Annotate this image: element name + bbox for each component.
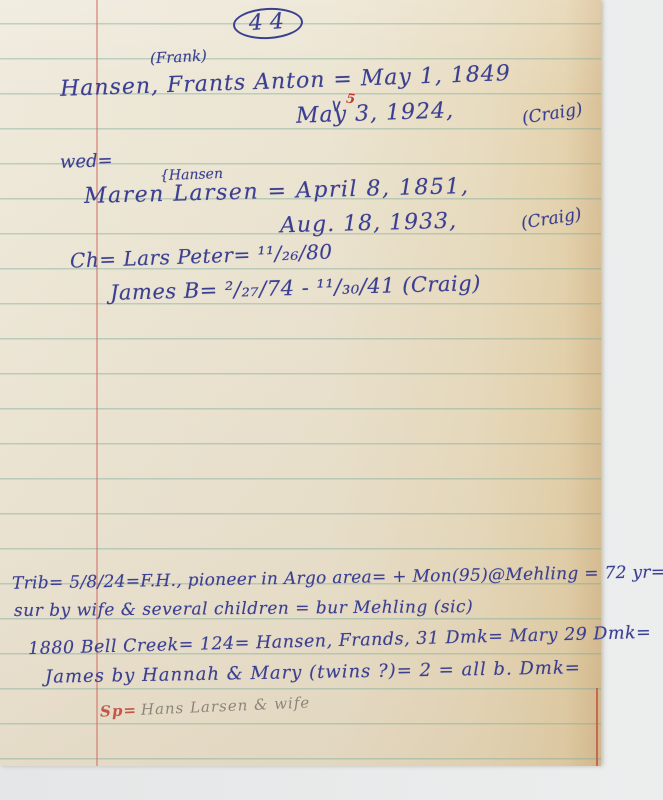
- wed-label: wed=: [60, 152, 113, 173]
- red-edge-mark: [596, 688, 598, 766]
- scanned-notebook-page: 44 (Frank) Hansen, Frants Anton = May 1,…: [0, 0, 663, 800]
- lined-paper: 44 (Frank) Hansen, Frants Anton = May 1,…: [0, 0, 601, 766]
- death-date-line: May 3, 1924,: [296, 99, 455, 128]
- spouse-death-line: Aug. 18, 1933,: [280, 210, 458, 238]
- frank-annotation: (Frank): [150, 49, 208, 68]
- sp-label: Sp=: [100, 701, 138, 721]
- survivors-note-line: sur by wife & several children = bur Meh…: [14, 599, 473, 621]
